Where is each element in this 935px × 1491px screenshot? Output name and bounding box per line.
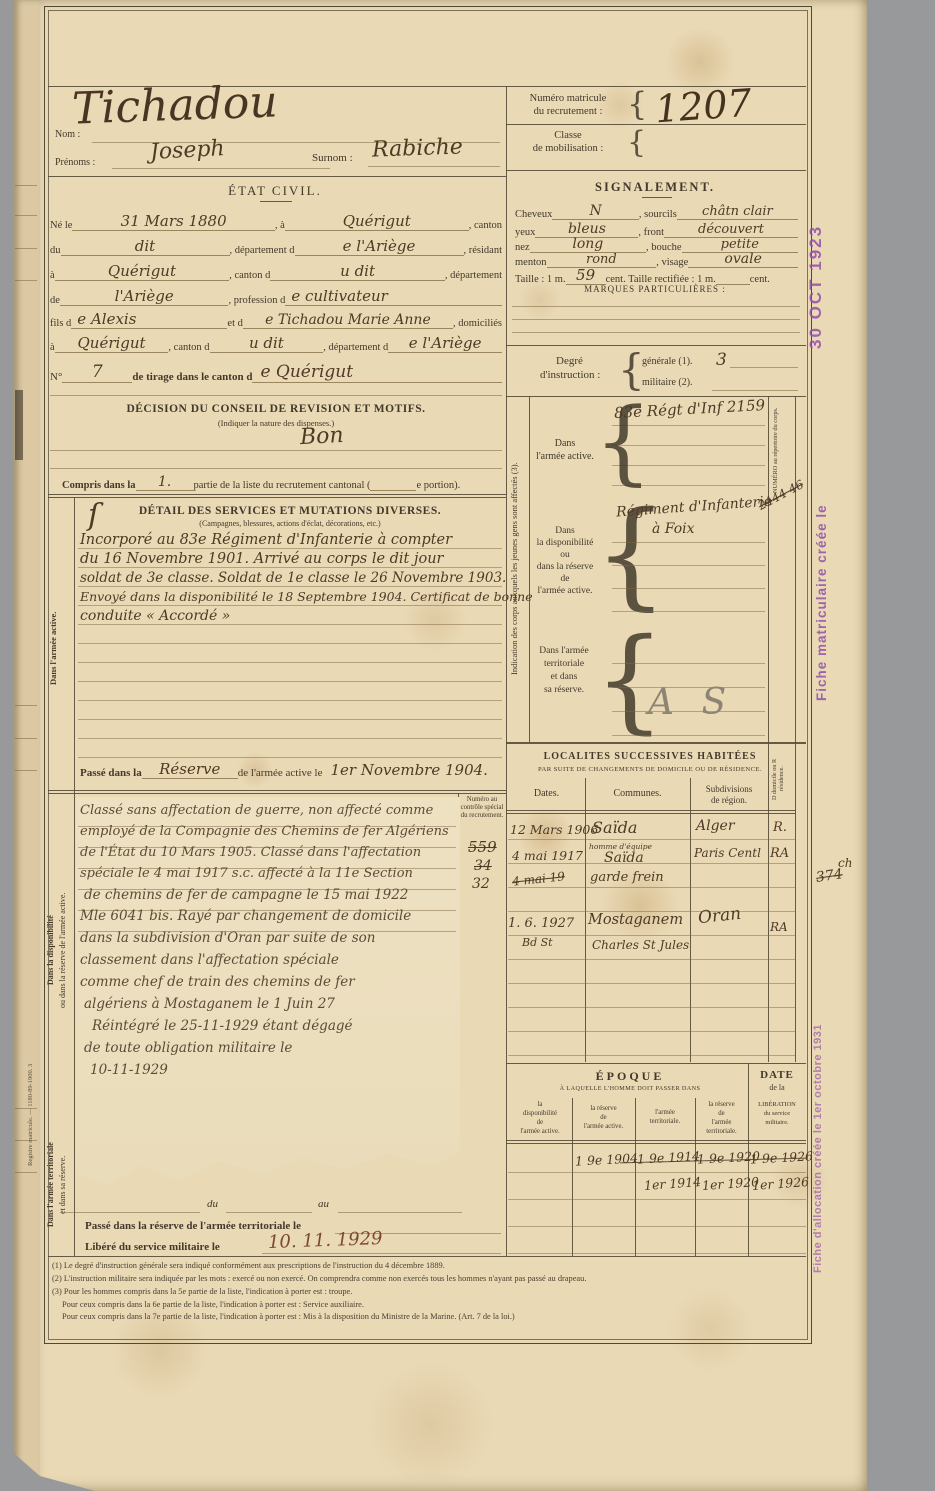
edge-rule (15, 705, 37, 706)
stamp-date-30-oct-1923: 30 OCT 1923 (806, 218, 840, 356)
tirage-canton-value: e Quérigut (252, 362, 502, 383)
localites-col-dates: Dates. (508, 788, 585, 799)
numero-controle-header: Numéro au contrôle spécial du recrutemen… (460, 796, 504, 820)
epoque-top-rule (506, 1063, 806, 1064)
au-label: au (318, 1198, 329, 1210)
corps-dispo-label-2: la disponibilité (526, 538, 604, 548)
localites-col-communes: Communes. (585, 788, 690, 799)
localites-r1-commune: Saïda (592, 818, 637, 837)
departement-label: , département (445, 270, 502, 281)
numero-controle-value-3: 32 (472, 876, 490, 892)
epoque-col5-header: LIBÉRATION du service militaire. (748, 1100, 806, 1127)
etat-civil-row-2: du dit , département d e l'Ariège , rési… (50, 237, 502, 256)
corps-active-label-1: Dans (532, 438, 598, 449)
signalement-row-cheveux: Cheveux N , sourcils châtn clair (515, 203, 798, 220)
canton-value: u dit (210, 334, 324, 353)
militaire-label: militaire (2). (642, 377, 693, 388)
domicile-value: Quérigut (55, 334, 169, 353)
et-de-label: et d (227, 318, 242, 329)
epoque-col3-l2: territoriale. (635, 1117, 695, 1126)
signalement-flourish (642, 197, 672, 198)
marques-rule (512, 332, 800, 333)
departement-value: l'Ariège (60, 287, 229, 306)
side-label-territoriale-1: Dans l'armée territoriale (46, 1105, 57, 1265)
epoque-col5-l2: du service (748, 1109, 806, 1118)
localites-r4-dr: RA (770, 920, 788, 934)
localites-r1-date: 12 Mars 1906 (510, 822, 598, 837)
edge-rule (15, 770, 37, 771)
localites-r3-commune: garde frein (590, 870, 664, 885)
localites-dr-header: D domicile ou R résidence. (771, 748, 791, 810)
epoque-col2-l2: de (572, 1113, 635, 1122)
epoque-col1-l4: l'armée active. (508, 1127, 572, 1136)
localites-r2-commune: Saïda (604, 850, 644, 866)
passe-label: Passé dans la (80, 767, 142, 779)
localites-r4-date: 1. 6. 1927 (508, 916, 574, 931)
localites-title: LOCALITES SUCCESSIVES HABITÉES (530, 751, 770, 762)
etat-civil-row-1: Né le 31 Mars 1880 , à Quérigut , canton (50, 212, 502, 231)
numero-tirage-label: N° (50, 371, 62, 383)
militaire-rule (712, 390, 798, 391)
sourcils-value: châtn clair (677, 204, 798, 220)
name-block-bottom-rule (48, 176, 506, 177)
numero-controle-value-2: 34 (474, 858, 492, 874)
canton-value: dit (61, 237, 230, 256)
localites-r2-subdiv: Paris Centl (694, 846, 761, 860)
localites-r1-dr: R. (773, 820, 787, 835)
du-label: du (207, 1198, 218, 1210)
epoque-col4-l3: l'armée (695, 1118, 748, 1127)
footnote-divider (48, 1256, 806, 1257)
localites-col-subdiv-1: Subdivisions (690, 784, 768, 794)
localites-col-subdiv-2: de région. (690, 795, 768, 805)
stamp-fiche-matriculaire: Fiche matriculaire créée le (814, 398, 842, 808)
services-title: DÉTAIL DES SERVICES ET MUTATIONS DIVERSE… (80, 505, 500, 517)
classe-label-line1: Classe (512, 130, 624, 141)
canton-label: , canton (469, 220, 502, 231)
epoque-col1-l1: la (508, 1100, 572, 1109)
classe-brace: { (627, 128, 646, 158)
marques-rule (512, 319, 800, 320)
footnote-4: Pour ceux compris dans la 6e partie de l… (62, 1300, 364, 1309)
edge-rule (15, 185, 37, 186)
section-divider (48, 790, 506, 791)
marques-rule (512, 306, 800, 307)
slip-text-line13: 10-11-1929 (90, 1062, 168, 1078)
matricule-bottom-rule (506, 124, 806, 125)
corps-terr-label-1: Dans l'armée (524, 646, 604, 656)
fils-de-label: fils d (50, 318, 71, 329)
edge-rule (15, 215, 37, 216)
corps-bottom-rule (506, 742, 806, 744)
scanned-register-page: Tichadou Nom : Prénoms : Joseph Surnom :… (0, 0, 935, 1491)
epoque-col2-l1: la réserve (572, 1104, 635, 1113)
side-label-disponibilite-2: ou dans la réserve de l'armée active. (58, 800, 69, 1100)
portion-label: e portion). (416, 480, 460, 491)
compris-row: Compris dans la 1. partie de la liste du… (62, 474, 492, 491)
canton-value: u dit (270, 262, 445, 281)
libere-rule (262, 1253, 501, 1254)
slip-text-line4: spéciale le 4 mai 1917 s.c. affecté à la… (80, 866, 413, 881)
slip-text-line2: employé de la Compagnie des Chemins de f… (80, 824, 449, 839)
slip-text-line5: de chemins de fer de campagne le 15 mai … (84, 887, 408, 903)
registre-matricule-note: Registre matricule. — 1180-89-1900. 3 (27, 985, 39, 1245)
profession-value: e cultivateur (285, 287, 502, 306)
tirage-text: de tirage dans le canton d (132, 371, 252, 383)
epoque-col4-l1: la réserve (695, 1100, 748, 1109)
epoque-header-rule (506, 1140, 806, 1141)
epoque-col1-l3: de (508, 1118, 572, 1127)
etat-civil-row-3: à Quérigut , canton d u dit , départemen… (50, 262, 502, 281)
cheveux-value: N (552, 203, 639, 220)
epoque-col2-header: la réserve de l'armée active. (572, 1104, 635, 1131)
canton-label: , canton d (168, 342, 209, 353)
corps-repertoire-divider (768, 396, 769, 742)
corps-active-label-2: l'armée active. (526, 451, 604, 462)
departement-value: e l'Ariège (295, 237, 464, 256)
matricule-label-line2: du recrutement : (512, 106, 624, 117)
footnote-1: (1) Le degré d'instruction générale sera… (52, 1261, 445, 1270)
services-subtitle: (Campagnes, blessures, actions d'éclat, … (80, 519, 500, 528)
departement-label: , département d (323, 342, 388, 353)
decision-subtitle: (Indiquer la nature des dispenses.) (60, 418, 492, 428)
epoque-col1-l2: disponibilité (508, 1109, 572, 1118)
matricule-brace: { (627, 88, 647, 120)
epoque-date-header-2: de la (748, 1083, 806, 1092)
epoque-col4-l2: de (695, 1109, 748, 1118)
edge-rule (15, 248, 37, 249)
center-divider (506, 86, 507, 1256)
localites-r4-commune: Mostaganem (588, 912, 683, 928)
etat-civil-title: ÉTAT CIVIL. (130, 183, 420, 199)
birth-place-value: Quérigut (285, 212, 469, 231)
slip-text-line1: Classé sans affectation de guerre, non a… (80, 803, 433, 818)
corps-dispo-label-4: dans la réserve (526, 562, 604, 572)
profession-label: , profession d (228, 295, 285, 306)
mother-name-value: e Tichadou Marie Anne (243, 312, 453, 329)
etat-civil-row-5: fils d e Alexis et d e Tichadou Marie An… (50, 310, 502, 329)
side-label-disponibilite-1: Dans la disponibilité (46, 800, 57, 1100)
sourcils-label: , sourcils (639, 209, 677, 220)
section-divider (48, 494, 506, 495)
residant-label: , résidant (464, 245, 503, 256)
classe-bottom-rule (506, 170, 806, 171)
slip-text-line3: de l'État du 10 Mars 1905. Classé dans l… (80, 845, 421, 860)
epoque-col2-l3: l'armée active. (572, 1122, 635, 1131)
decision-rule (50, 450, 502, 451)
services-ruled-lines (78, 530, 502, 758)
epoque-col5-l3: militaire. (748, 1118, 806, 1127)
corps-active-brace: { (594, 396, 653, 488)
slip-text-line10: algériens à Mostaganem le 1 Juin 27 (84, 996, 335, 1012)
corps-right-edge (795, 396, 796, 742)
decision-rule (50, 468, 502, 469)
nom-value-signature: Tichadou (71, 76, 278, 134)
compris-label: Compris dans la (62, 480, 136, 491)
passe-reserve-value: Réserve (142, 760, 238, 779)
corps-dispo-rules (612, 520, 765, 616)
corps-terr-label-4: sa réserve. (524, 685, 604, 695)
edge-rule (15, 280, 37, 281)
cheveux-label: Cheveux (515, 209, 552, 220)
residence-value: Quérigut (55, 262, 230, 281)
slip-text-line11: Réintégré le 25-11-1929 étant dégagé (92, 1018, 353, 1034)
previous-page-edge (14, 0, 41, 1491)
side-label-territoriale-2: et dans sa réserve. (58, 1105, 69, 1265)
portion-value (370, 490, 416, 491)
signalement-bottom-rule (506, 345, 806, 346)
generale-label: générale (1). (642, 356, 693, 367)
nom-label: Nom : (55, 129, 80, 140)
surnom-rule (368, 166, 500, 167)
edge-rule (15, 738, 37, 739)
libere-label: Libéré du service militaire le (85, 1241, 220, 1253)
prenoms-label: Prénoms : (55, 157, 95, 168)
instruction-brace: { (618, 349, 645, 391)
epoque-col4-l4: territoriale. (695, 1127, 748, 1136)
slip-text-line9: comme chef de train des chemins de fer (80, 974, 355, 990)
decision-value: Bon (299, 423, 344, 450)
du-au-rule (338, 1212, 462, 1213)
generale-rule (730, 367, 798, 368)
passe-territoriale-label: Passé dans la réserve de l'armée territo… (85, 1220, 301, 1232)
corps-dispo-label-1: Dans (532, 526, 598, 536)
surnom-label: Surnom : (312, 152, 353, 164)
services-left-rail (74, 497, 75, 1256)
generale-value: 3 (716, 350, 727, 370)
corps-dispo-label-3: ou (532, 550, 598, 560)
compris-value: 1. (136, 474, 194, 491)
epoque-col3-header: l'armée territoriale. (635, 1108, 695, 1126)
marques-title: MARQUES PARTICULIÈRES : (530, 284, 780, 294)
libere-date-value: 10. 11. 1929 (268, 1228, 383, 1253)
localites-r1-subdiv: Alger (696, 818, 735, 834)
signalement-row-taille: Taille : 1 m. 59 cent. Taille rectifiée … (515, 266, 798, 285)
localites-subtitle: PAR SUITE DE CHANGEMENTS DE DOMICILE OU … (524, 766, 776, 773)
decision-title: DÉCISION DU CONSEIL DE REVISION ET MOTIF… (60, 403, 492, 415)
corps-dispo-label-6: l'armée active. (526, 586, 604, 596)
edge-ink-blot (15, 390, 23, 460)
side-label-armee-active: Dans l'armée active. (48, 588, 62, 708)
ne-le-label: Né le (50, 220, 72, 231)
de-label: de (50, 295, 60, 306)
epoque-title: ÉPOQUE (520, 1069, 740, 1084)
slip-text-line8: classement dans l'affectation spéciale (80, 952, 339, 968)
localites-r4-date2: Bd St (522, 936, 553, 949)
services-flourish: ſ (88, 498, 99, 533)
localites-r2-date: 4 mai 1917 (512, 848, 583, 863)
slip-text-line6: Mle 6041 bis. Rayé par changement de dom… (80, 908, 411, 924)
epoque-col4-header: la réserve de l'armée territoriale. (695, 1100, 748, 1136)
departement-label: , département d (230, 245, 295, 256)
tirage-row: N° 7 de tirage dans le canton d e Quérig… (50, 362, 502, 383)
surnom-value: Rabiche (372, 134, 464, 162)
etat-civil-row-6: à Quérigut , canton d u dit , départemen… (50, 334, 502, 353)
side-label-corps: Indication des corps auxquels les jeunes… (509, 402, 525, 736)
stamp-fiche-allocation: Fiche d'allocation créée le 1er octobre … (812, 840, 838, 1458)
footnote-3: (3) Pour les hommes compris dans la 5e p… (52, 1287, 352, 1296)
section-divider (48, 497, 506, 498)
localites-r2-dr: RA (770, 846, 789, 861)
slip-text-line7: dans la subdivision d'Oran par suite de … (80, 930, 375, 946)
du-au-rule (60, 1212, 200, 1213)
localites-header-rule (506, 810, 795, 811)
father-name-value: e Alexis (71, 310, 227, 329)
classe-label-line2: de mobilisation : (512, 143, 624, 154)
corps-terr-value: A S (648, 682, 734, 723)
departement-value: e l'Ariège (388, 334, 502, 353)
corps-terr-label-2: territoriale (524, 659, 604, 669)
compris-text: partie de la liste du recrutement canton… (194, 480, 371, 491)
section-divider (48, 793, 506, 794)
prenoms-value: Joseph (149, 136, 225, 165)
matricule-label-line1: Numéro matricule (512, 93, 624, 104)
etat-civil-flourish (260, 201, 292, 202)
numero-controle-value-1: 559 (468, 838, 497, 856)
corps-dispo-label-5: de (532, 574, 598, 584)
epoque-subtitle: À LAQUELLE L'HOMME DOIT PASSER DANS (516, 1085, 744, 1092)
etat-civil-row-4: de l'Ariège , profession d e cultivateur (50, 287, 502, 306)
passe-date-value: 1er Novembre 1904. (322, 761, 500, 779)
du-label: du (50, 245, 61, 256)
footnote-2: (2) L'instruction militaire sera indiqué… (52, 1274, 586, 1283)
a-label: , à (275, 220, 285, 231)
blank-rule (50, 395, 502, 396)
localites-r4-commune2: Charles St Jules (592, 938, 689, 952)
localites-header-rule (506, 813, 795, 814)
canton-label: , canton d (229, 270, 270, 281)
degre-label-line2: d'instruction : (540, 369, 600, 381)
prenoms-rule (112, 168, 330, 169)
taille-value: 59 (566, 266, 606, 285)
epoque-header-rule (506, 1143, 806, 1144)
footnote-5: Pour ceux compris dans la 7e partie de l… (62, 1312, 515, 1321)
signalement-title: SIGNALEMENT. (530, 180, 780, 195)
degre-label-line1: Degré (556, 355, 583, 367)
slip-text-line12: de toute obligation militaire le (84, 1040, 292, 1056)
epoque-col3-l1: l'armée (635, 1108, 695, 1117)
passe-reserve-row: Passé dans la Réserve de l'armée active … (80, 760, 500, 779)
du-au-rule (226, 1212, 312, 1213)
passe-label2: de l'armée active le (238, 767, 323, 779)
epoque-date-header-1: DATE (748, 1069, 806, 1081)
epoque-col5-l1: LIBÉRATION (748, 1100, 806, 1109)
domicilies-label: , domiciliés (453, 318, 502, 329)
corps-terr-label-3: et dans (524, 672, 604, 682)
localites-right-edge (795, 742, 796, 1062)
numero-tirage-value: 7 (62, 362, 132, 383)
birth-date-value: 31 Mars 1880 (72, 212, 274, 231)
epoque-col1-header: la disponibilité de l'armée active. (508, 1100, 572, 1136)
